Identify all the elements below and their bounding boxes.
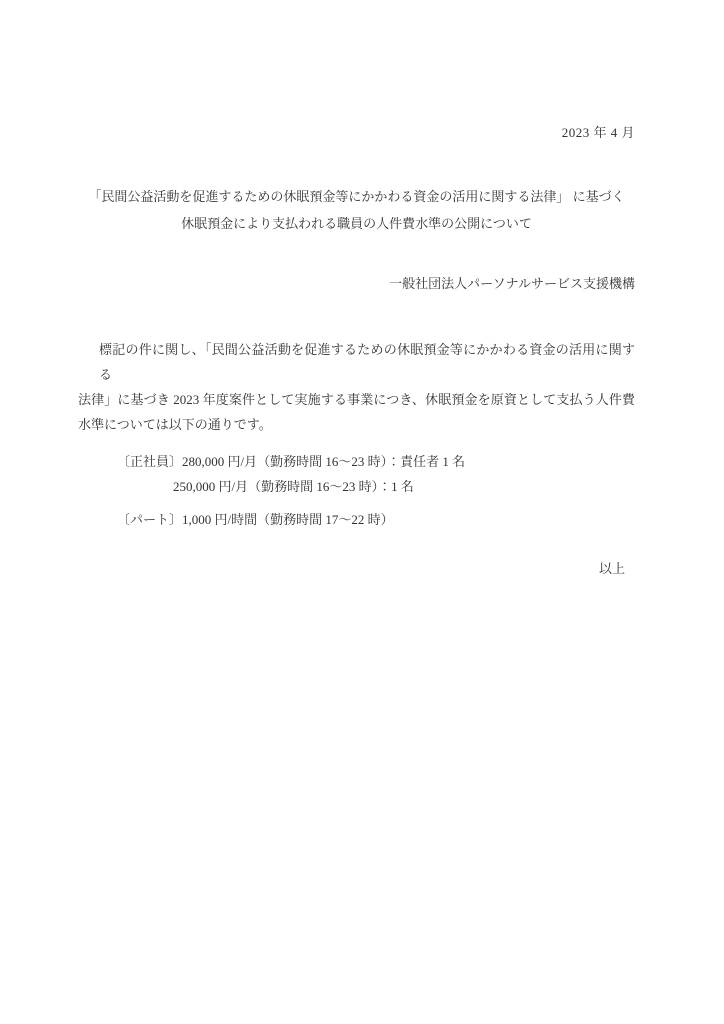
title-line-1: 「民間公益活動を促進するための休眠預金等にかかわる資金の活用に関する法律」 に基… (78, 183, 635, 210)
body-paragraph: 標記の件に関し、「民間公益活動を促進するための休眠預金等にかかわる資金の活用に関… (78, 337, 635, 437)
fulltime-salary-line-1: 〔正社員〕280,000 円/月（勤務時間 16〜23 時）：責任者 1 名 (117, 449, 635, 474)
fulltime-salary-block: 〔正社員〕280,000 円/月（勤務時間 16〜23 時）：責任者 1 名 2… (78, 449, 635, 499)
document-title: 「民間公益活動を促進するための休眠預金等にかかわる資金の活用に関する法律」 に基… (78, 183, 635, 237)
organization-name: 一般社団法人パーソナルサービス支援機構 (78, 275, 635, 293)
fulltime-salary-line-2: 250,000 円/月（勤務時間 16〜23 時）：1 名 (173, 474, 635, 499)
date-line: 2023 年 4 月 (78, 124, 635, 142)
body-line-2: 法律」に基づき 2023 年度案件として実施する事業につき、休眠預金を原資として… (78, 387, 635, 412)
closing-mark: 以上 (78, 560, 635, 578)
document-page: 2023 年 4 月 「民間公益活動を促進するための休眠預金等にかかわる資金の活… (0, 0, 724, 1024)
title-line-2: 休眠預金により支払われる職員の人件費水準の公開について (78, 210, 635, 237)
body-line-3: 水準については以下の通りです。 (78, 412, 635, 437)
body-line-1: 標記の件に関し、「民間公益活動を促進するための休眠預金等にかかわる資金の活用に関… (78, 337, 635, 387)
parttime-salary-line: 〔パート〕1,000 円/時間（勤務時間 17〜22 時） (78, 511, 635, 529)
